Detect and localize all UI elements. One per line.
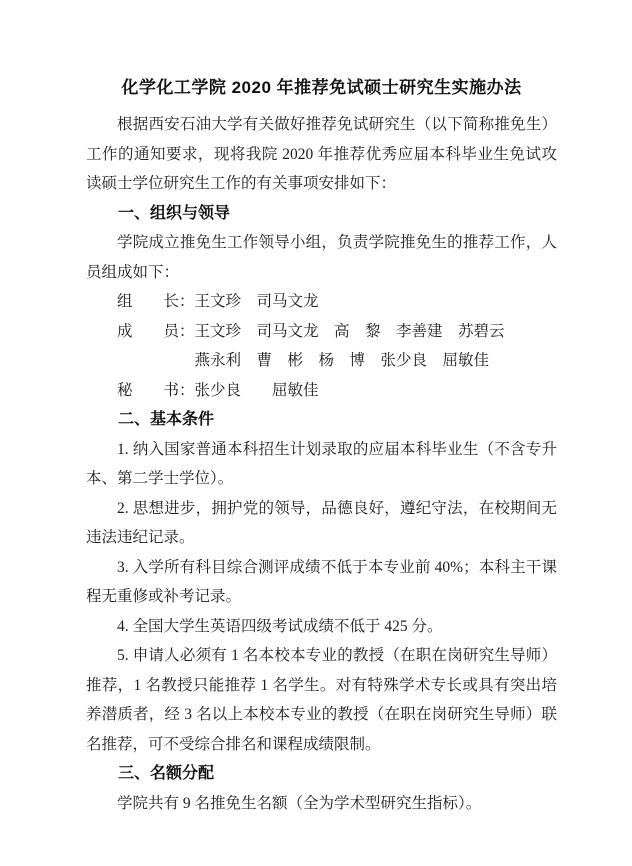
condition-item-3: 3. 入学所有科目综合测评成绩不低于本专业前 40%；本科主干课程无重修或补考记…	[86, 553, 557, 612]
roster-line-leader: 组 长：王文珍 司马文龙	[86, 287, 557, 317]
condition-item-5: 5. 申请人必须有 1 名本校本专业的教授（在职在岗研究生导师）推荐，1 名教授…	[86, 641, 557, 759]
section-3-heading: 三、名额分配	[86, 759, 557, 789]
condition-item-1: 1. 纳入国家普通本科招生计划录取的应届本科毕业生（不含专升本、第二学士学位）。	[86, 435, 557, 494]
intro-paragraph: 根据西安石油大学有关做好推荐免试研究生（以下简称推免生）工作的通知要求，现将我院…	[86, 110, 557, 199]
document-title: 化学化工学院 2020 年推荐免试硕士研究生实施办法	[86, 72, 557, 104]
section-3-body-paragraph: 学院共有 9 名推免生名额（全为学术型研究生指标）。	[86, 789, 557, 819]
condition-item-4: 4. 全国大学生英语四级考试成绩不低于 425 分。	[86, 612, 557, 642]
section-1-heading: 一、组织与领导	[86, 199, 557, 229]
roster-line-secretary: 秘 书：张少良 屈敏佳	[86, 376, 557, 406]
roster-line-members-1: 成 员：王文珍 司马文龙 高 黎 李善建 苏碧云	[86, 317, 557, 347]
section-2-heading: 二、基本条件	[86, 405, 557, 435]
document-content: 化学化工学院 2020 年推荐免试硕士研究生实施办法 根据西安石油大学有关做好推…	[86, 72, 557, 818]
document-page: 化学化工学院 2020 年推荐免试硕士研究生实施办法 根据西安石油大学有关做好推…	[0, 0, 632, 866]
roster-line-members-2: 燕永利 曹 彬 杨 博 张少良 屈敏佳	[86, 346, 557, 376]
section-1-intro-paragraph: 学院成立推免生工作领导小组，负责学院推免生的推荐工作，人员组成如下：	[86, 228, 557, 287]
condition-item-2: 2. 思想进步，拥护党的领导，品德良好，遵纪守法，在校期间无违法违纪记录。	[86, 494, 557, 553]
